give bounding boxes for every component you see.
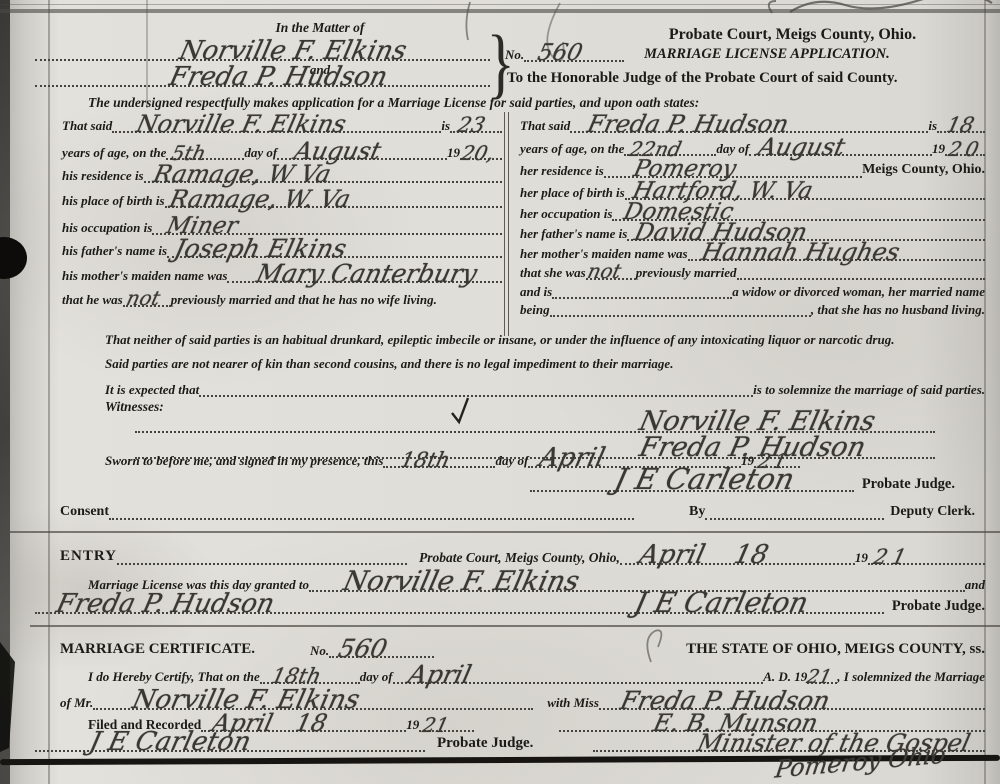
dotted-line: August (277, 152, 447, 160)
probate-judge-title: Probate Judge. (862, 477, 955, 492)
bride-birth-month-handwritten: August (756, 135, 847, 159)
entry-bride-handwritten: Freda P. Hudson (54, 591, 277, 617)
groom-birthdate-row: years of age, on the 5th day of August 1… (62, 144, 502, 160)
entry-judge-signature-handwritten: J E Carleton (632, 589, 811, 617)
brace-glyph: } (487, 24, 515, 102)
dotted-line (117, 557, 407, 565)
sworn-day-handwritten: 18th (399, 450, 453, 471)
certify-row: I do Hereby Certify, That on the 18th da… (88, 668, 985, 684)
consent-row: Consent By Deputy Clerk. (60, 504, 975, 520)
dotted-line: 18 (937, 125, 985, 133)
widow-label-b: a widow or divorced woman, her married n… (732, 285, 985, 299)
dotted-line: 21 (419, 724, 474, 732)
certify-suffix-label: , I solemnized the Marriage (837, 670, 985, 684)
deputy-clerk-title: Deputy Clerk. (890, 505, 975, 520)
is-label: is (928, 119, 937, 133)
father-label: her father's name is (520, 227, 627, 241)
bride-previously-married-row: that she was not previously married (520, 264, 985, 280)
day-of-label: day of (244, 146, 277, 160)
groom-prev-married-handwritten: not (124, 288, 162, 308)
dotted-line (550, 309, 811, 317)
residence-label: her residence is (520, 164, 604, 178)
prev-married-label-a: that she was (520, 266, 586, 280)
occupation-label: her occupation is (520, 207, 612, 221)
dotted-line: Pomeroy (604, 170, 862, 178)
dotted-line (109, 512, 634, 520)
groom-age-handwritten: 23 (456, 115, 488, 136)
witness-line-1: Norville F. Elkins (135, 417, 935, 433)
groom-residence-row: his residence is Ramage, W Va (62, 167, 502, 183)
bride-name-handwritten: Freda P. Hudson (585, 112, 791, 136)
dotted-line: Freda P. Hudson J E Carleton (35, 606, 884, 614)
occupation-label: his occupation is (62, 221, 152, 235)
dotted-line (199, 389, 753, 397)
dotted-line: Hannah Hughes (688, 253, 985, 261)
certificate-day-handwritten: 18th (269, 666, 323, 687)
mother-label: his mother's maiden name was (62, 269, 227, 283)
groom-birthplace-handwritten: Ramage, W. Va (167, 187, 353, 211)
groom-name-row: That said Norville F. Elkins is 23 (62, 117, 502, 133)
age-line-label: years of age, on the (62, 146, 166, 160)
dotted-line: 560 (524, 54, 624, 62)
dotted-line: 18th (383, 460, 495, 468)
is-label: is (441, 119, 450, 133)
groom-occupation-row: his occupation is Miner (62, 219, 502, 235)
expected-label: It is expected that (105, 383, 199, 397)
in-matter-of-label: In the Matter of (150, 21, 490, 35)
column-divider-rule (504, 112, 509, 336)
couple-row: of Mr. Norville F. Elkins with Miss Fred… (60, 694, 985, 710)
dotted-line: Ramage, W Va (144, 175, 502, 183)
solemnize-row: It is expected that is to solemnize the … (105, 381, 985, 397)
bride-name-row: That said Freda P. Hudson is 18 (520, 117, 985, 133)
party2-line: Freda P. Hudson (35, 71, 490, 87)
residence-suffix-label: Meigs County, Ohio. (862, 163, 985, 178)
sworn-month-handwritten: April (537, 445, 607, 471)
bride-prev-married-handwritten: not (585, 261, 623, 281)
widow-label-a: and is (520, 285, 552, 299)
certificate-header-row: MARRIAGE CERTIFICATE. No. 560 THE STATE … (60, 642, 985, 658)
witness-signature-1: Norville F. Elkins (637, 408, 878, 435)
salutation-heading: To the Honorable Judge of the Probate Co… (507, 71, 897, 87)
groom-birthplace-row: his place of birth is Ramage, W. Va (62, 192, 502, 208)
entry-groom-handwritten: Norville F. Elkins (341, 568, 582, 595)
probate-judge-title: Probate Judge. (437, 736, 533, 752)
that-said-label: That said (520, 119, 570, 133)
year-prefix-label: 19 (406, 718, 419, 732)
certificate-year-handwritten: 21 (805, 668, 834, 687)
bride-birthdate-row: years of age, on the 22nd day of August … (520, 140, 985, 156)
dotted-line (737, 272, 986, 280)
dotted-line: 18th (260, 676, 360, 684)
dotted-line: April (393, 676, 764, 684)
ad-label: A. D. 19 (763, 670, 807, 684)
bride-birthplace-row: her place of birth is Hartford, W. Va (520, 184, 985, 200)
of-mr-label: of Mr. (60, 696, 93, 710)
with-miss-label: with Miss (547, 696, 599, 710)
kinship-statement: Said parties are not nearer of kin than … (105, 357, 673, 371)
bride-age-handwritten: 18 (945, 115, 977, 136)
expected-suffix-label: is to solemnize the marriage of said par… (753, 383, 985, 397)
that-said-label: That said (62, 119, 112, 133)
bride-widow-row-2: being , that she has no husband living. (520, 301, 985, 317)
and-label: and (965, 578, 985, 592)
no-label: No. (505, 48, 524, 62)
witnesses-label: Witnesses: (105, 400, 164, 414)
dotted-line: Joseph Elkins (167, 250, 502, 258)
bride-widow-row-1: and is a widow or divorced woman, her ma… (520, 283, 985, 299)
bride-birth-year-handwritten: 20 (947, 139, 985, 159)
dotted-line: 20 (945, 148, 985, 156)
entry-court-label: Probate Court, Meigs County, Ohio, (419, 551, 620, 565)
dotted-line (552, 291, 732, 299)
dotted-line (705, 512, 884, 520)
dotted-line: 22nd (624, 148, 716, 156)
groom-previously-married-row: that he was not previously married and t… (62, 291, 502, 307)
entry-title: ENTRY (60, 549, 117, 565)
prev-married-label-b: previously married and that he has no wi… (171, 293, 437, 307)
bride-residence-row: her residence is Pomeroy Meigs County, O… (520, 162, 985, 178)
scanned-marriage-license-document: In the Matter of Norville F. Elkins and … (0, 0, 1000, 784)
dotted-line: 560 (329, 650, 434, 658)
dotted-line: not (586, 272, 636, 280)
entry-bride-judge-row: Freda P. Hudson J E Carleton Probate Jud… (35, 598, 985, 614)
probate-judge-title: Probate Judge. (892, 599, 985, 614)
party1-line: Norville F. Elkins (35, 45, 490, 61)
dotted-line: 21 (807, 676, 837, 684)
widow-label-c: being (520, 303, 550, 317)
dotted-line: 23 (450, 125, 502, 133)
groom-birth-year-handwritten: 20, (460, 143, 496, 163)
dotted-line: 5th (166, 152, 244, 160)
age-line-label: years of age, on the (520, 142, 624, 156)
court-name-heading: Probate Court, Meigs County, Ohio. (620, 27, 965, 44)
prev-married-label-a: that he was (62, 293, 123, 307)
prev-married-label-b: previously married (636, 266, 737, 280)
day-of-label: day of (495, 454, 528, 468)
dotted-line: 21 (868, 557, 985, 565)
birthplace-label: his place of birth is (62, 194, 165, 208)
dotted-line: not (123, 299, 171, 307)
party1-name-handwritten: Norville F. Elkins (177, 38, 409, 64)
sworn-label: Sworn to before me, and signed in my pre… (105, 454, 383, 468)
bride-mother-handwritten: Hannah Hughes (699, 240, 902, 264)
scan-wedge-bottom-left (0, 642, 15, 752)
dotted-line: 20, (460, 152, 502, 160)
dotted-line: Freda P. Hudson (570, 125, 928, 133)
party2-name-handwritten: Freda P. Hudson (167, 64, 390, 90)
year-prefix-label: 19 (447, 146, 460, 160)
document-title: MARRIAGE LICENSE APPLICATION. (644, 47, 890, 62)
year-prefix-label: 19 (932, 142, 945, 156)
father-label: his father's name is (62, 244, 167, 258)
birthplace-label: her place of birth is (520, 186, 625, 200)
groom-mother-row: his mother's maiden name was Mary Canter… (62, 267, 502, 283)
dotted-line: Norville F. Elkins (35, 53, 490, 61)
day-of-label: day of (716, 142, 749, 156)
dotted-line: August (749, 148, 932, 156)
probate-judge-signature-row: J E Carleton Probate Judge. (530, 476, 955, 492)
day-of-label: day of (360, 670, 393, 684)
dotted-line: Freda P. Hudson (35, 79, 490, 87)
judge-signature-handwritten: J E Carleton (612, 465, 798, 494)
dotted-line: April 18 (620, 557, 855, 565)
application-intro: The undersigned respectfully makes appli… (88, 96, 699, 110)
no-label: No. (310, 644, 329, 658)
groom-father-row: his father's name is Joseph Elkins (62, 242, 502, 258)
certificate-number-handwritten: 560 (336, 636, 389, 661)
certificate-month-handwritten: April (406, 662, 474, 687)
groom-residence-handwritten: Ramage, W Va (151, 162, 333, 186)
sobriety-statement: That neither of said parties is an habit… (105, 333, 894, 347)
groom-mother-handwritten: Mary Canterbury (255, 261, 480, 286)
by-label: By (689, 505, 705, 520)
application-number-handwritten: 560 (535, 42, 584, 65)
application-number-line: No. 560 MARRIAGE LICENSE APPLICATION. (505, 46, 905, 62)
groom-name-handwritten: Norville F. Elkins (134, 112, 348, 136)
certificate-judge-signature-handwritten: J E Carleton (87, 729, 253, 755)
year-prefix-label: 19 (855, 551, 868, 565)
dotted-line: Ramage, W. Va (165, 200, 502, 208)
widow-label-d: , that she has no husband living. (811, 303, 985, 317)
ink-blob-left (0, 237, 27, 279)
top-edge-scrawl-loop (769, 1, 776, 13)
certify-label: I do Hereby Certify, That on the (88, 670, 260, 684)
top-edge-scrawl (790, 0, 992, 12)
consent-label: Consent (60, 505, 109, 520)
certificate-title: MARRIAGE CERTIFICATE. (60, 642, 255, 658)
dotted-line: J E Carleton (35, 744, 425, 752)
dotted-line: J E Carleton (530, 484, 854, 492)
filed-year-handwritten: 21 (421, 715, 451, 735)
residence-label: his residence is (62, 169, 144, 183)
dotted-line: Norville F. Elkins (112, 125, 441, 133)
dotted-line: Mary Canterbury (227, 275, 502, 283)
entry-year-handwritten: 21 (871, 547, 913, 568)
entry-date-handwritten: April 18 (637, 542, 771, 568)
state-heading: THE STATE OF OHIO, MEIGS COUNTY, ss. (686, 642, 985, 658)
groom-father-handwritten: Joseph Elkins (172, 236, 349, 261)
entry-header-row: ENTRY Probate Court, Meigs County, Ohio,… (60, 549, 985, 565)
